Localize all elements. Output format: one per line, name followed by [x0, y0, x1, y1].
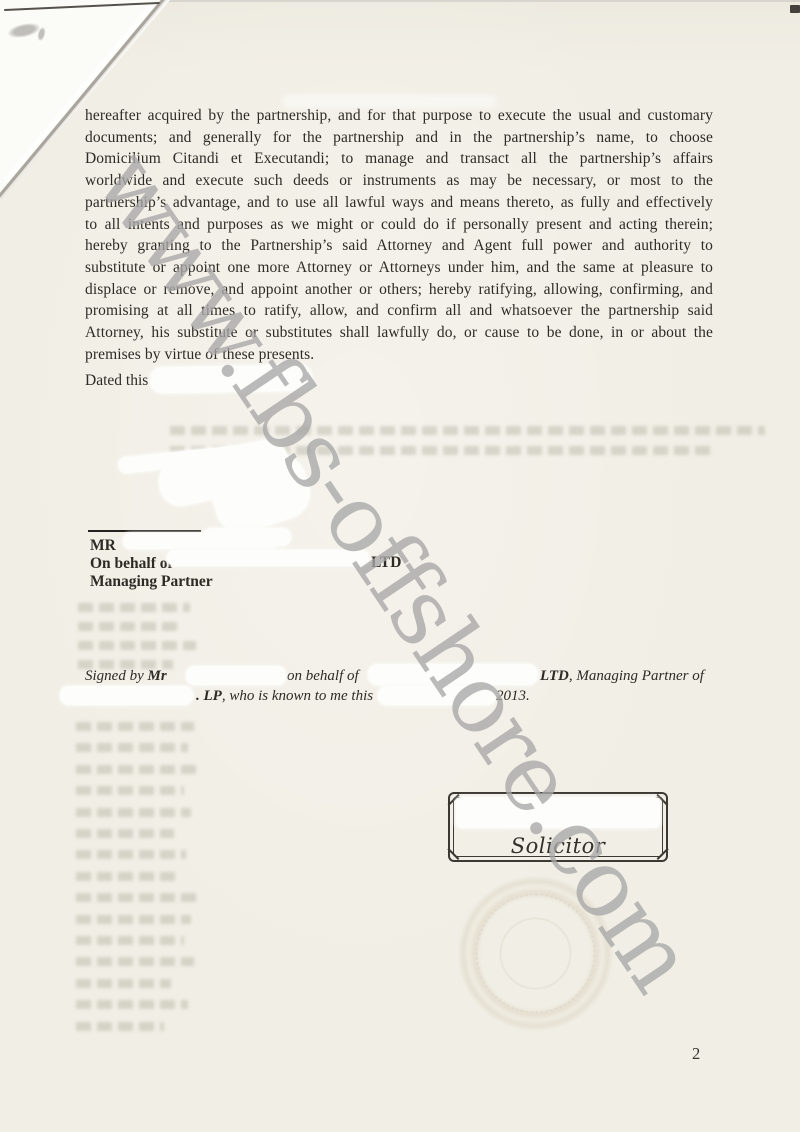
seal-core-ring — [500, 918, 571, 989]
bleed-through-text — [76, 722, 194, 731]
company-suffix: LTD — [371, 554, 401, 572]
redaction-blob — [456, 797, 660, 828]
signature-line — [88, 530, 201, 532]
redaction-blob — [167, 550, 369, 566]
attestation-lp-phrase: . LP, who is known to me this — [196, 688, 373, 705]
body-line: displace or remove, and appoint another … — [85, 279, 713, 301]
body-line: hereby granting to the Partnership’s sai… — [85, 235, 713, 257]
bleed-through-text — [76, 765, 196, 774]
redaction-blob — [150, 365, 312, 394]
bleed-through-text — [76, 872, 178, 881]
body-line: premises by virtue of these presents. — [85, 344, 713, 366]
bleed-through-text — [76, 1000, 188, 1009]
scan-corner-mark — [790, 5, 800, 13]
bleed-through-text — [76, 957, 194, 966]
body-line: to all intents and purposes as we might … — [85, 214, 713, 236]
signatory-role: Managing Partner — [90, 573, 213, 591]
bleed-through-text — [76, 808, 191, 817]
redaction-blob — [378, 686, 496, 705]
body-line: hereafter acquired by the partnership, a… — [85, 105, 713, 127]
signatory-name-prefix: MR — [90, 537, 116, 555]
attestation-on-behalf: on behalf of — [287, 668, 359, 685]
bleed-through-text — [76, 936, 184, 945]
dated-this-label: Dated this — [85, 372, 148, 390]
signed-by-text: Signed by — [85, 668, 147, 684]
body-line: promising at all times to ratify, allow,… — [85, 300, 713, 322]
attestation-ltd-phrase: LTD, Managing Partner of — [540, 668, 704, 685]
bleed-through-text — [76, 893, 198, 902]
bleed-through-text — [78, 622, 178, 631]
embossed-seal-icon — [458, 876, 613, 1031]
legal-paragraph: hereafter acquired by the partnership, a… — [85, 105, 713, 365]
bleed-through-text — [78, 603, 190, 612]
redaction-blob — [60, 686, 193, 705]
known-to-me-text: , who is known to me this — [222, 688, 373, 704]
bleed-through-text — [170, 426, 765, 435]
attestation-signed-by: Signed by Mr — [85, 668, 167, 685]
bleed-through-text — [76, 979, 171, 988]
redaction-blob — [368, 664, 538, 685]
bleed-through-text — [76, 829, 174, 838]
bleed-through-text — [76, 850, 186, 859]
body-line: Attorney, his substitute or substitutes … — [85, 322, 713, 344]
body-line: documents; and generally for the partner… — [85, 127, 713, 149]
solicitor-label: Solicitor — [450, 834, 666, 858]
body-line: worldwide and execute such deeds or inst… — [85, 170, 713, 192]
mr-text: Mr — [147, 668, 166, 684]
attestation-year: 2013. — [496, 688, 530, 705]
body-line: Domicilium Citandi et Executandi; to man… — [85, 148, 713, 170]
body-line: substitute or appoint one more Attorney … — [85, 257, 713, 279]
redaction-blob — [123, 533, 278, 549]
lp-text: . LP — [196, 688, 222, 704]
bleed-through-text — [76, 915, 191, 924]
redaction-blob — [283, 95, 497, 108]
bleed-through-text — [76, 786, 184, 795]
ltd-text: LTD — [540, 668, 569, 684]
page-number: 2 — [692, 1044, 700, 1064]
body-line: partnership’s advantage, and to use all … — [85, 192, 713, 214]
bleed-through-text — [78, 641, 196, 650]
managing-partner-text: , Managing Partner of — [569, 668, 704, 684]
bleed-through-text — [76, 743, 188, 752]
on-behalf-of-label: On behalf of — [90, 555, 173, 573]
bleed-through-text — [76, 1022, 164, 1031]
redaction-blob — [186, 666, 286, 685]
scanned-document-page: hereafter acquired by the partnership, a… — [0, 0, 800, 1132]
